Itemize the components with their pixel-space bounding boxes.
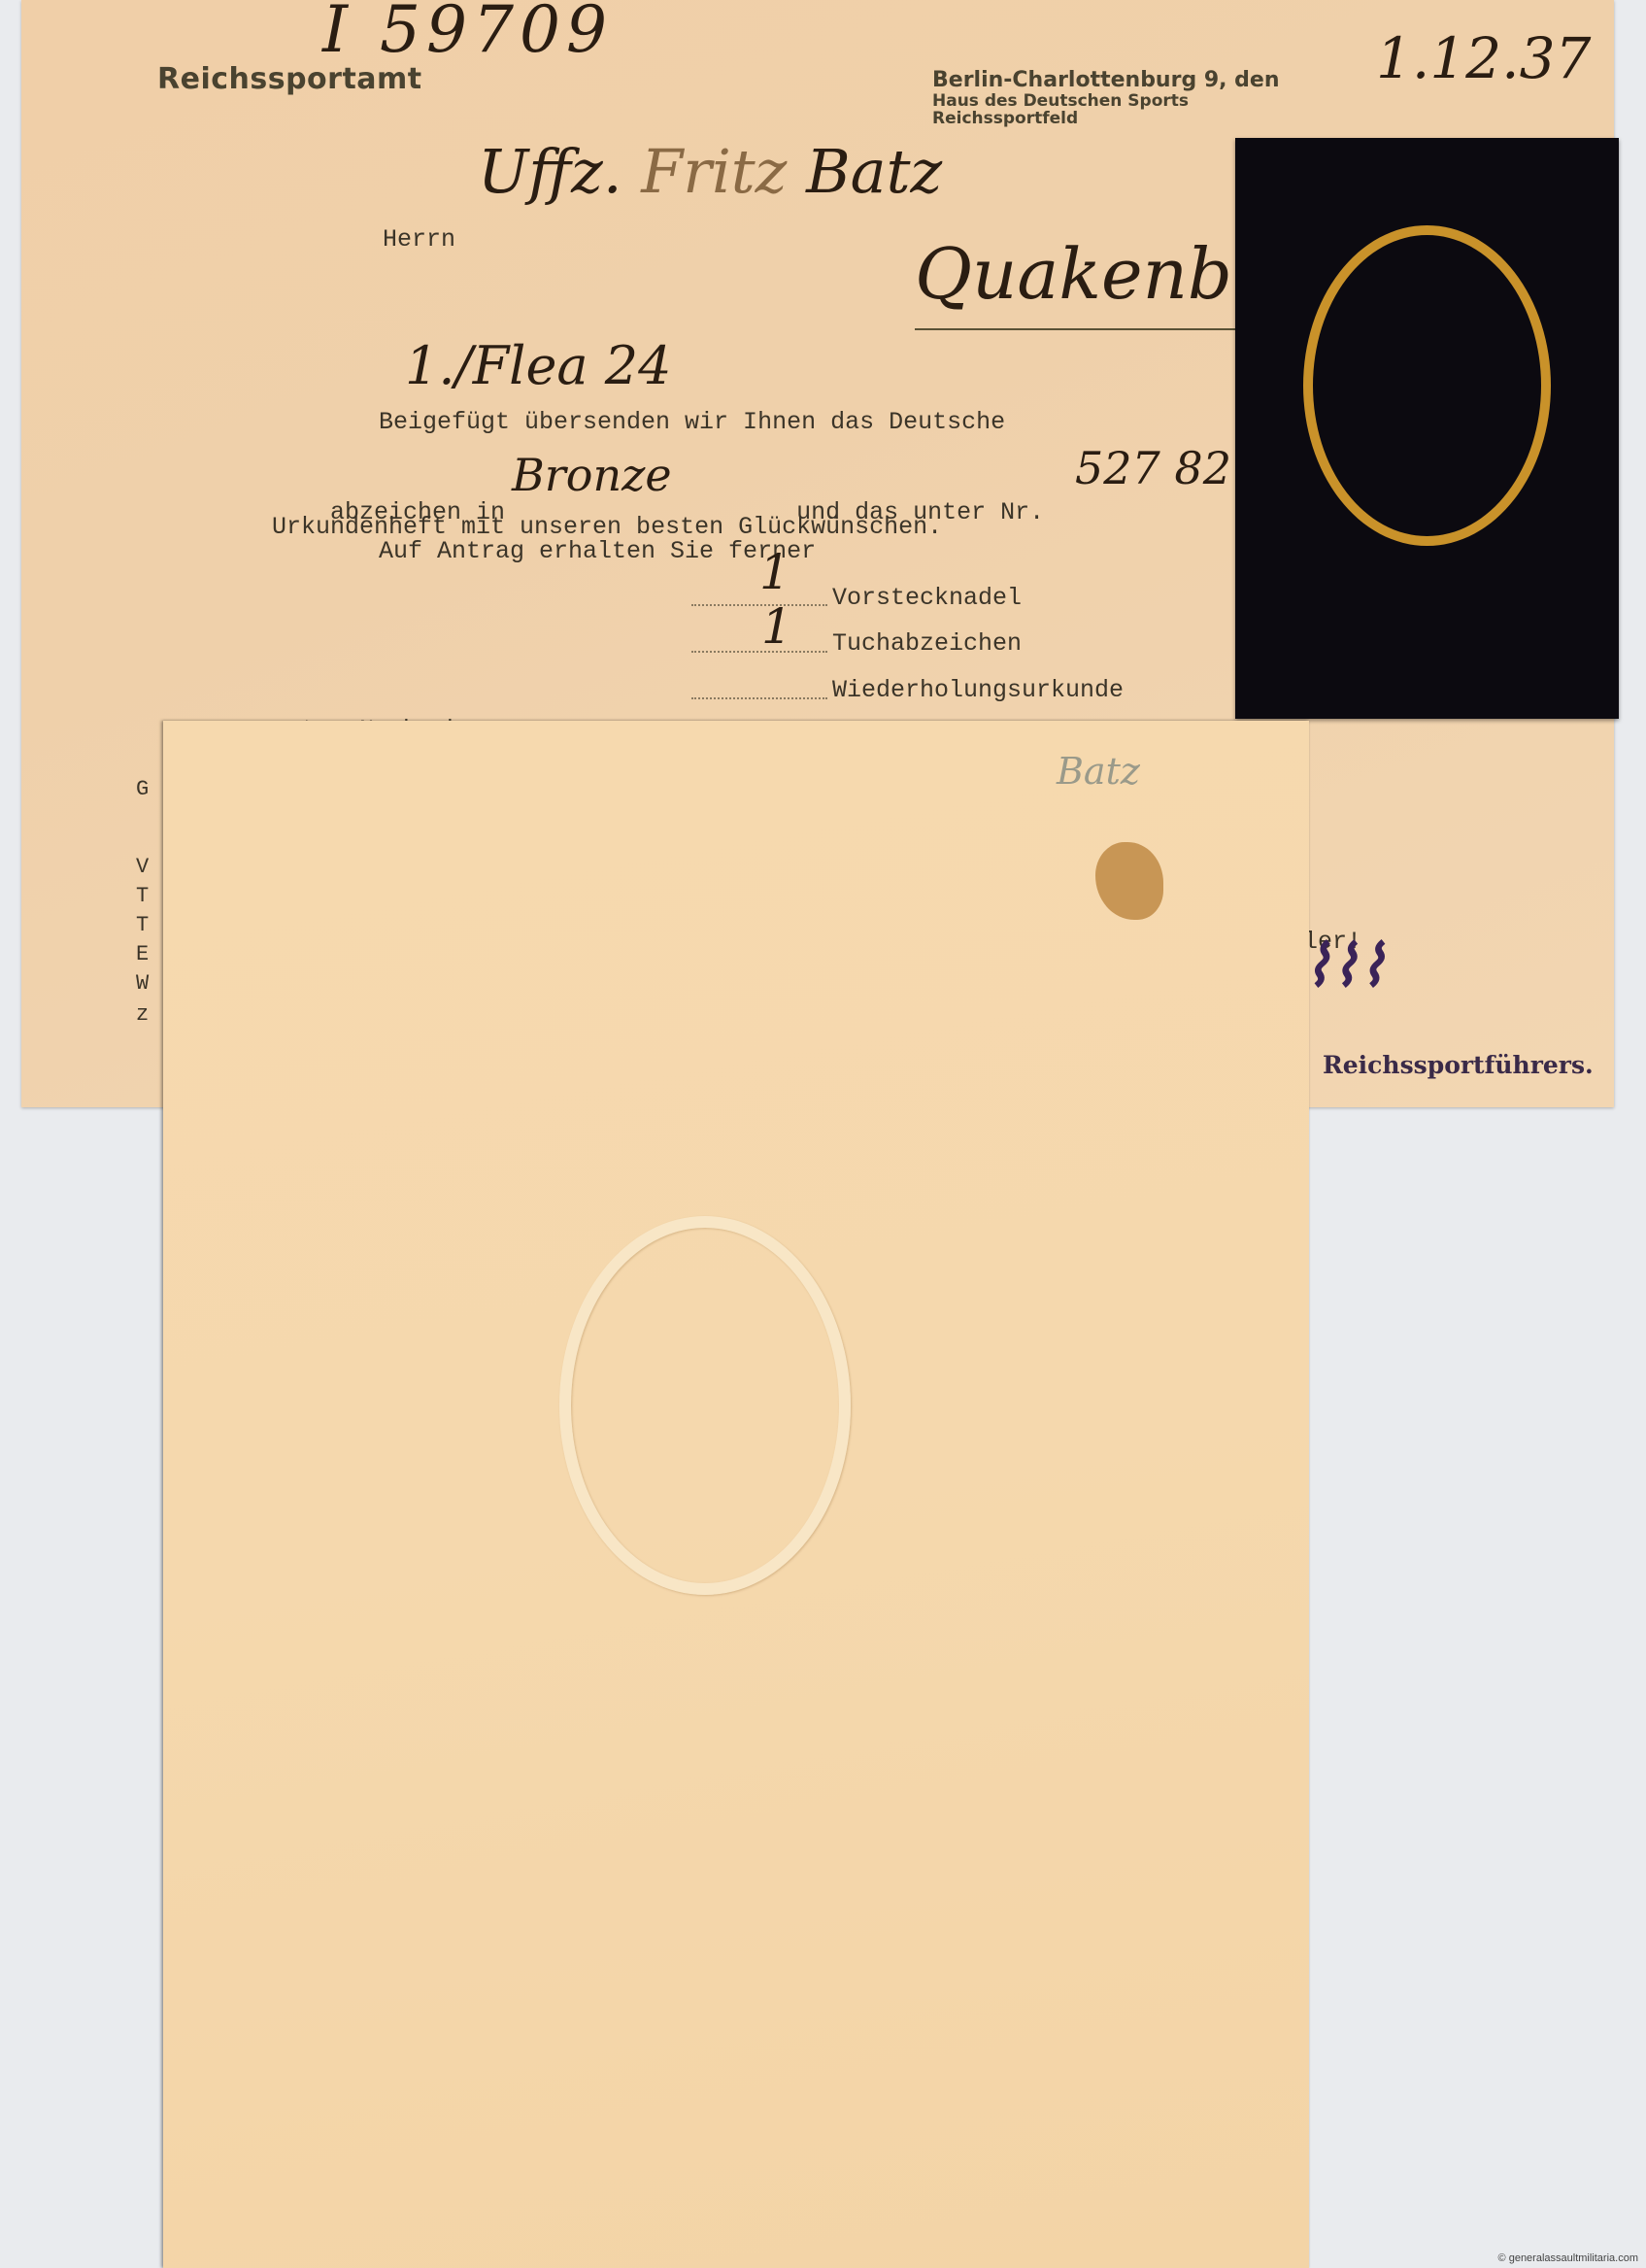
reference-number: I 59709 [322, 0, 613, 67]
letter-date: 1.12.37 [1376, 25, 1591, 91]
item-dotline [691, 697, 827, 699]
letterhead-city: Berlin-Charlottenburg 9, den [932, 68, 1280, 92]
stain [1095, 842, 1163, 920]
item-label: Wiederholungsurkunde [832, 676, 1124, 704]
body-line-4: Auf Antrag erhalten Sie ferner [379, 537, 816, 565]
item-dotline [691, 604, 827, 606]
badge-grade: Bronze [512, 449, 672, 501]
recipient-first-name: Fritz [641, 136, 787, 207]
letterhead-sub2: Reichssportfeld [932, 110, 1280, 127]
margin-letter: V [136, 855, 149, 879]
margin-letter: T [136, 884, 149, 908]
salutation: Herrn [383, 225, 455, 254]
certificate-booklet: Batz [163, 721, 1309, 2268]
item-quantity: 1 [759, 544, 790, 600]
place-underline [915, 328, 1284, 330]
item-label: Vorstecknadel [832, 584, 1022, 612]
margin-letter: W [136, 971, 149, 996]
letterhead-sub1: Haus des Deutschen Sports [932, 92, 1280, 110]
cloth-badge [1235, 138, 1619, 719]
margin-letter: T [136, 913, 149, 937]
item-dotline [691, 651, 827, 653]
recipient-unit: 1./Flea 24 [405, 335, 671, 396]
letterhead-office: Reichssportamt [157, 62, 422, 96]
signature-stamp: Reichssportführers. [1323, 1051, 1594, 1079]
item-quantity: 1 [761, 598, 792, 655]
badge-insignia-icon [1303, 225, 1551, 546]
recipient-rank: Uffz. [478, 136, 622, 207]
margin-letter: G [136, 777, 149, 801]
letterhead-address: Berlin-Charlottenburg 9, den Haus des De… [932, 68, 1280, 127]
signature: ⌇⌇⌇ [1303, 932, 1386, 999]
pencil-note: Batz [1057, 750, 1140, 793]
body-line-1: Beigefügt übersenden wir Ihnen das Deuts… [379, 408, 1005, 436]
item-label: Tuchabzeichen [832, 629, 1022, 658]
margin-letter: E [136, 942, 149, 966]
recipient-last-name: Batz [806, 136, 942, 207]
recipient-name: Uffz. Fritz Batz [478, 136, 942, 207]
watermark: © generalassaultmilitaria.com [1498, 2252, 1638, 2264]
margin-letter: z [136, 1002, 149, 1027]
certificate-number: 527 82 [1075, 442, 1231, 494]
embossed-insignia-icon [559, 1216, 851, 1595]
